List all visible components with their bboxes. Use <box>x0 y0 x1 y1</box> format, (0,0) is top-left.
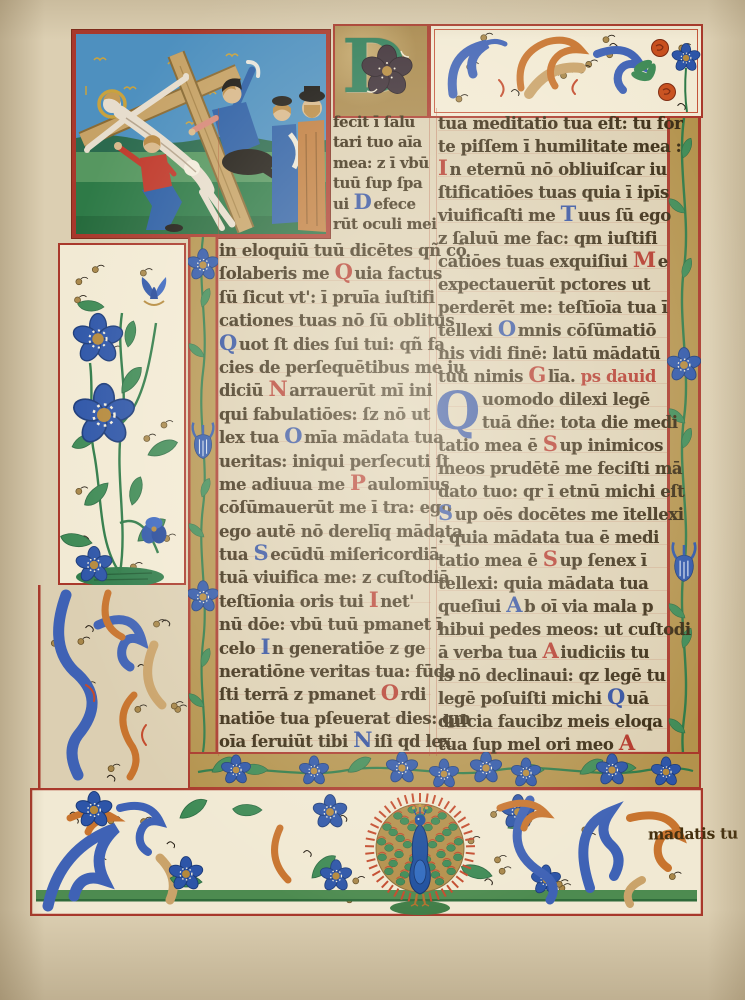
text-segment: z ſaluū me fac: qm iuſtifi <box>438 229 657 248</box>
text-line: tatio mea ē Sup ſenex ī <box>438 549 670 572</box>
text-line: mea: z ī vbū <box>333 153 429 173</box>
text-line: ā verba tua Aiudiciis tu <box>438 641 670 664</box>
bottom-border-ornament <box>30 788 703 916</box>
text-segment: uia factus <box>355 264 442 283</box>
text-line: legē poſuiſti michi Quā <box>438 687 670 710</box>
text-line: viuificaſti me Tuus ſū ego <box>438 204 670 227</box>
text-segment: ſtificatiōes tuas quia ī ipīs <box>438 183 669 202</box>
text-column-right: tua meditatio tua eſt: tu forte piſſem ī… <box>438 112 670 756</box>
text-column-left: in eloquiū tuū dicētes qñ cōſolaberis me… <box>219 239 431 754</box>
text-segment: ā verba tua <box>438 643 542 662</box>
text-line: is nō declinaui: qz legē tu <box>438 664 670 687</box>
text-segment: mea: z ī vbū <box>333 154 429 172</box>
text-segment: tari tuo aīa <box>333 133 422 151</box>
text-line: ueritas: iniqui perſecuti ſt <box>219 450 431 473</box>
text-segment: celo <box>219 639 261 658</box>
text-segment: arrauerūt mī ini <box>289 381 432 400</box>
text-segment: lex tua <box>219 428 284 447</box>
text-segment: tuā dñe: tota die medi <box>482 413 678 432</box>
manuscript-page: D <box>0 0 745 1000</box>
text-segment: teſtīonia oris tui <box>219 592 369 611</box>
versal-initial: S <box>543 431 560 456</box>
text-segment: cationes tuas nō ſū oblitus <box>219 311 454 330</box>
text-segment: rdi <box>401 685 426 704</box>
versal-initial: I <box>369 587 380 612</box>
initial-flower-icon <box>359 43 415 99</box>
text-segment: tuā viuifica me: z cuſtodiā <box>219 568 449 587</box>
text-segment: te piſſem ī humilitate mea : <box>438 137 681 156</box>
text-segment: cies de perſequētibus me iu <box>219 358 465 377</box>
text-line: tua Secūdū miſericordiā <box>219 543 431 566</box>
text-segment: natiōe tua pſeuerat dies: qm <box>219 709 470 728</box>
text-segment: ſū ſicut vt': ī pruīa iuſtifi <box>219 288 435 307</box>
text-segment: tatio mea ē <box>438 551 543 570</box>
versal-initial: N <box>268 376 289 401</box>
bottom-garland-strip <box>188 752 701 789</box>
text-segment: up ſenex ī <box>560 551 647 570</box>
crucifixion-miniature <box>72 30 330 238</box>
text-segment: hibui pedes meos: ut cuſtodi <box>438 620 691 639</box>
text-line: celo In generatiōe z ge <box>219 637 431 660</box>
text-segment: viuificaſti me <box>438 206 561 225</box>
text-line: perderēt me: teſtīoīa tua ī <box>438 296 670 319</box>
text-line: ſtificatiōes tuas quia ī ipīs <box>438 181 670 204</box>
versal-initial: D <box>354 189 374 214</box>
text-line: Quot ſt dies ſui tui: qñ fa <box>219 333 431 356</box>
text-line: tua ſup mel ori meo A <box>438 733 670 756</box>
text-segment: in eloquiū tuū dicētes qñ cō <box>219 241 466 260</box>
text-segment: tellexi: quia mādata tua <box>438 574 648 593</box>
text-segment: tuū ſup ſpa <box>333 174 422 192</box>
text-line: cationes tuas nō ſū oblitus <box>219 309 431 332</box>
bottom-border <box>30 788 703 916</box>
text-segment: ueritas: iniqui perſecuti ſt <box>219 452 450 471</box>
text-segment: nis vidi finē: latū mādatū <box>438 344 660 363</box>
text-segment: e <box>658 252 668 271</box>
text-segment: expectauerūt pctores ut <box>438 275 650 294</box>
text-segment: legē poſuiſti michi <box>438 689 607 708</box>
text-segment: queſiui <box>438 597 506 616</box>
text-segment: uomodo dilexi legē <box>482 390 650 409</box>
text-line: tari tuo aīa <box>333 132 429 152</box>
text-segment: ps dauid <box>581 367 656 386</box>
text-column-left-narrow: fecit ī ſalutari tuo aīamea: z ī vbūtuū … <box>333 112 429 234</box>
versal-initial: S <box>253 540 270 565</box>
text-segment: nū dōe: vbū tuū pmanet ī <box>219 615 442 634</box>
text-line: lex tua Omīa mādata tua <box>219 426 431 449</box>
text-segment: oīa ſeruiūt tibi <box>219 732 353 751</box>
text-line: me adiuua me Paulomīus <box>219 473 431 496</box>
versal-initial: P <box>350 470 367 495</box>
acanthus-illustration <box>38 585 188 788</box>
text-segment: is nō declinaui: qz legē tu <box>438 666 665 685</box>
text-segment: uot ſt dies ſui tui: qñ fa <box>239 335 445 354</box>
text-segment: fecit ī ſalu <box>333 113 415 131</box>
text-segment: tua ſup mel ori meo <box>438 735 619 754</box>
left-border-acanthus <box>38 585 188 788</box>
text-segment: ſolaberis me <box>219 264 335 283</box>
text-segment: qui fabulatiōes: ſz nō ut <box>219 405 430 424</box>
text-line: ſolaberis me Quia factus <box>219 262 431 285</box>
text-line: ſū ſicut vt': ī pruīa iuſtifi <box>219 286 431 309</box>
versal-initial: O <box>284 423 304 448</box>
text-line: tuū ſup ſpa <box>333 173 429 193</box>
text-line: queſiui Ab oī via mala p <box>438 595 670 618</box>
text-line: tua meditatio tua eſt: tu for <box>438 112 670 135</box>
versal-initial: G <box>528 362 548 387</box>
text-segment: ſti terrā z pmanet <box>219 685 381 704</box>
versal-initial: S <box>438 500 455 525</box>
text-segment: iudiciis tu <box>560 643 649 662</box>
text-segment: b oī via mala p <box>524 597 653 616</box>
text-segment: cōſūmauerūt me ī tra: ego <box>219 498 451 517</box>
text-line: catiōes tuas exquiſiui Me <box>438 250 670 273</box>
text-segment: līa. <box>548 367 581 386</box>
versal-initial: Q <box>335 259 355 284</box>
versal-initial: Q <box>219 330 239 355</box>
text-segment: rūt oculi mei <box>333 215 437 233</box>
versal-initial: A <box>506 592 524 617</box>
text-line: in eloquiū tuū dicētes qñ cō <box>219 239 431 262</box>
text-line: Sup oēs docētes me ītellexi <box>438 503 670 526</box>
left-border-vine <box>188 237 218 752</box>
text-line: tuā viuifica me: z cuſtodiā <box>219 566 431 589</box>
versal-initial: A <box>619 730 637 755</box>
text-line: nis vidi finē: latū mādatū <box>438 342 670 365</box>
text-segment: diciū <box>219 381 268 400</box>
versal-initial: A <box>542 638 560 663</box>
text-segment: uus ſū ego <box>578 206 671 225</box>
text-segment: catiōes tuas exquiſiui <box>438 252 633 271</box>
text-line: rūt oculi mei <box>333 214 429 234</box>
text-segment: tua <box>219 545 253 564</box>
text-segment: ego autē nō derelīq mādata <box>219 522 462 541</box>
text-line: Quomodo dilexi legē <box>438 388 670 411</box>
acanthus-scrolls <box>59 593 162 777</box>
versal-initial: N <box>353 727 374 752</box>
text-segment: dato tuo: qr ī etnū michi eſt <box>438 482 684 501</box>
text-line: cōſūmauerūt me ī tra: ego <box>219 496 431 519</box>
text-segment: ui <box>333 195 354 213</box>
garland-illustration <box>188 752 701 789</box>
text-line: nū dōe: vbū tuū pmanet ī <box>219 613 431 636</box>
right-border-vine <box>667 118 701 788</box>
top-border-ornament <box>429 24 703 118</box>
catchword: madatis tu <box>648 824 738 844</box>
crucifixion-miniature-illustration <box>76 34 326 234</box>
text-segment: me adiuua me <box>219 475 350 494</box>
text-segment: meos prudētē me feciſti mā <box>438 459 682 478</box>
text-segment: tua meditatio tua eſt: tu for <box>438 114 682 133</box>
text-segment: uā <box>627 689 649 708</box>
flower-panel-illustration <box>58 243 186 585</box>
versal-initial: Q <box>607 684 627 709</box>
text-line: In eternū nō obliuiſcar iu <box>438 158 670 181</box>
text-line: qui fabulatiōes: ſz nō ut <box>219 403 431 426</box>
text-line: expectauerūt pctores ut <box>438 273 670 296</box>
text-segment: up inimicos <box>560 436 663 455</box>
text-line: fecit ī ſalu <box>333 112 429 132</box>
text-line: natiōe tua pſeuerat dies: qm <box>219 707 431 730</box>
versal-initial: S <box>543 546 560 571</box>
top-border <box>429 24 703 118</box>
text-line: ſti terrā z pmanet Ordi <box>219 683 431 706</box>
text-line: ego autē nō derelīq mādata <box>219 520 431 543</box>
text-segment: efece <box>373 195 415 213</box>
text-line: ui Defece <box>333 194 429 214</box>
illuminated-initial-panel: D <box>333 24 429 118</box>
text-line: tellexi: quia mādata tua <box>438 572 670 595</box>
left-border-gold-strip <box>188 237 218 752</box>
text-segment: neratiōne veritas tua: fūda <box>219 662 455 681</box>
text-line: te piſſem ī humilitate mea : <box>438 135 670 158</box>
right-border-strip <box>667 118 701 788</box>
text-segment: tatio mea ē <box>438 436 543 455</box>
versal-initial: I <box>438 155 449 180</box>
text-segment: n eternū nō obliuiſcar iu <box>449 160 666 179</box>
text-line: oīa ſeruiūt tibi Niſi qd lex <box>219 730 431 753</box>
text-line: meos prudētē me feciſti mā <box>438 457 670 480</box>
text-line: teſtīonia oris tui Inet' <box>219 590 431 613</box>
versal-initial: I <box>261 634 272 659</box>
text-line: tatio mea ē Sup inimicos <box>438 434 670 457</box>
text-segment: dulcia faucibz meis eloqa <box>438 712 663 731</box>
text-segment: tellexi <box>438 321 498 340</box>
text-segment: net' <box>380 592 414 611</box>
text-segment: up oēs docētes me ītellexi <box>455 505 684 524</box>
text-segment: ecūdū miſericordiā <box>270 545 439 564</box>
text-segment: perderēt me: teſtīoīa tua ī <box>438 298 667 317</box>
left-border-flower-panel <box>58 243 186 585</box>
text-line: tellexi Omnis cōſūmatiō <box>438 319 670 342</box>
versal-initial: M <box>633 247 658 272</box>
text-segment: n generatiōe z ge <box>272 639 425 658</box>
text-segment: : quia mādata tua ē medi <box>438 528 659 547</box>
text-segment: mīa mādata tua <box>304 428 443 447</box>
text-line: cies de perſequētibus me iu <box>219 356 431 379</box>
versal-initial: T <box>561 201 578 226</box>
versal-initial: O <box>381 680 401 705</box>
text-segment: mnis cōſūmatiō <box>518 321 656 340</box>
text-line: diciū Narrauerūt mī ini <box>219 379 431 402</box>
versal-initial: O <box>498 316 518 341</box>
text-line: dato tuo: qr ī etnū michi eſt <box>438 480 670 503</box>
